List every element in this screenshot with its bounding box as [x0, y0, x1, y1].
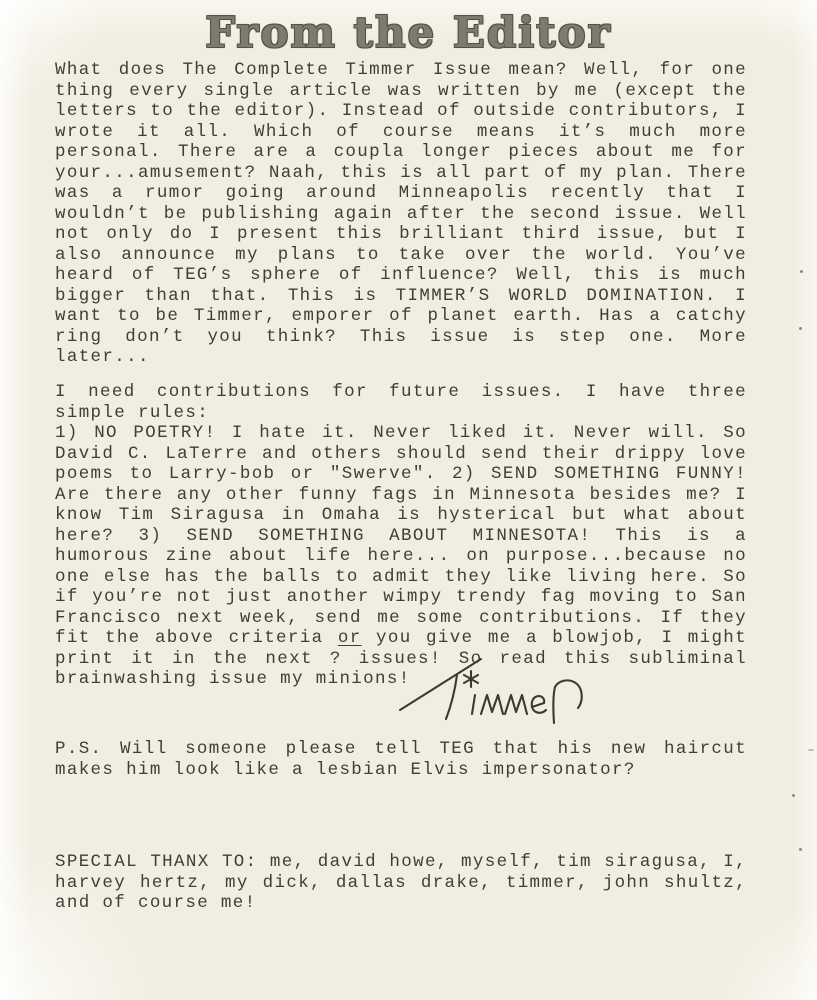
postscript-paragraph: P.S. Will someone please tell TEG that h… [55, 739, 747, 780]
scan-speck [799, 327, 802, 330]
signature-e [532, 696, 546, 713]
scan-speck [800, 270, 803, 273]
signature-m1 [481, 695, 503, 714]
signature-t-stem [446, 675, 457, 719]
special-thanks-paragraph: SPECIAL THANX TO: me, david howe, myself… [55, 852, 747, 914]
scan-speck [792, 794, 795, 797]
underlined-or: or [338, 628, 362, 648]
signature-i-stem [472, 695, 475, 714]
rules-intro-line: I need contributions for future issues. … [55, 382, 747, 423]
handwritten-signature-timmer [393, 650, 593, 730]
page-title: From the Editor [0, 8, 817, 57]
star-icon [464, 671, 478, 687]
contribution-rules-paragraph: I need contributions for future issues. … [55, 382, 747, 690]
signature-r [553, 680, 581, 723]
signature-slash-stroke [400, 659, 481, 710]
signature-m2 [505, 695, 527, 714]
scan-speck [799, 848, 802, 851]
rules-text-before-or: 1) NO POETRY! I hate it. Never liked it.… [55, 423, 747, 648]
scanned-zine-page: From the Editor What does The Complete T… [0, 0, 817, 1000]
scan-speck [808, 749, 814, 751]
editorial-paragraph: What does The Complete Timmer Issue mean… [55, 60, 747, 368]
